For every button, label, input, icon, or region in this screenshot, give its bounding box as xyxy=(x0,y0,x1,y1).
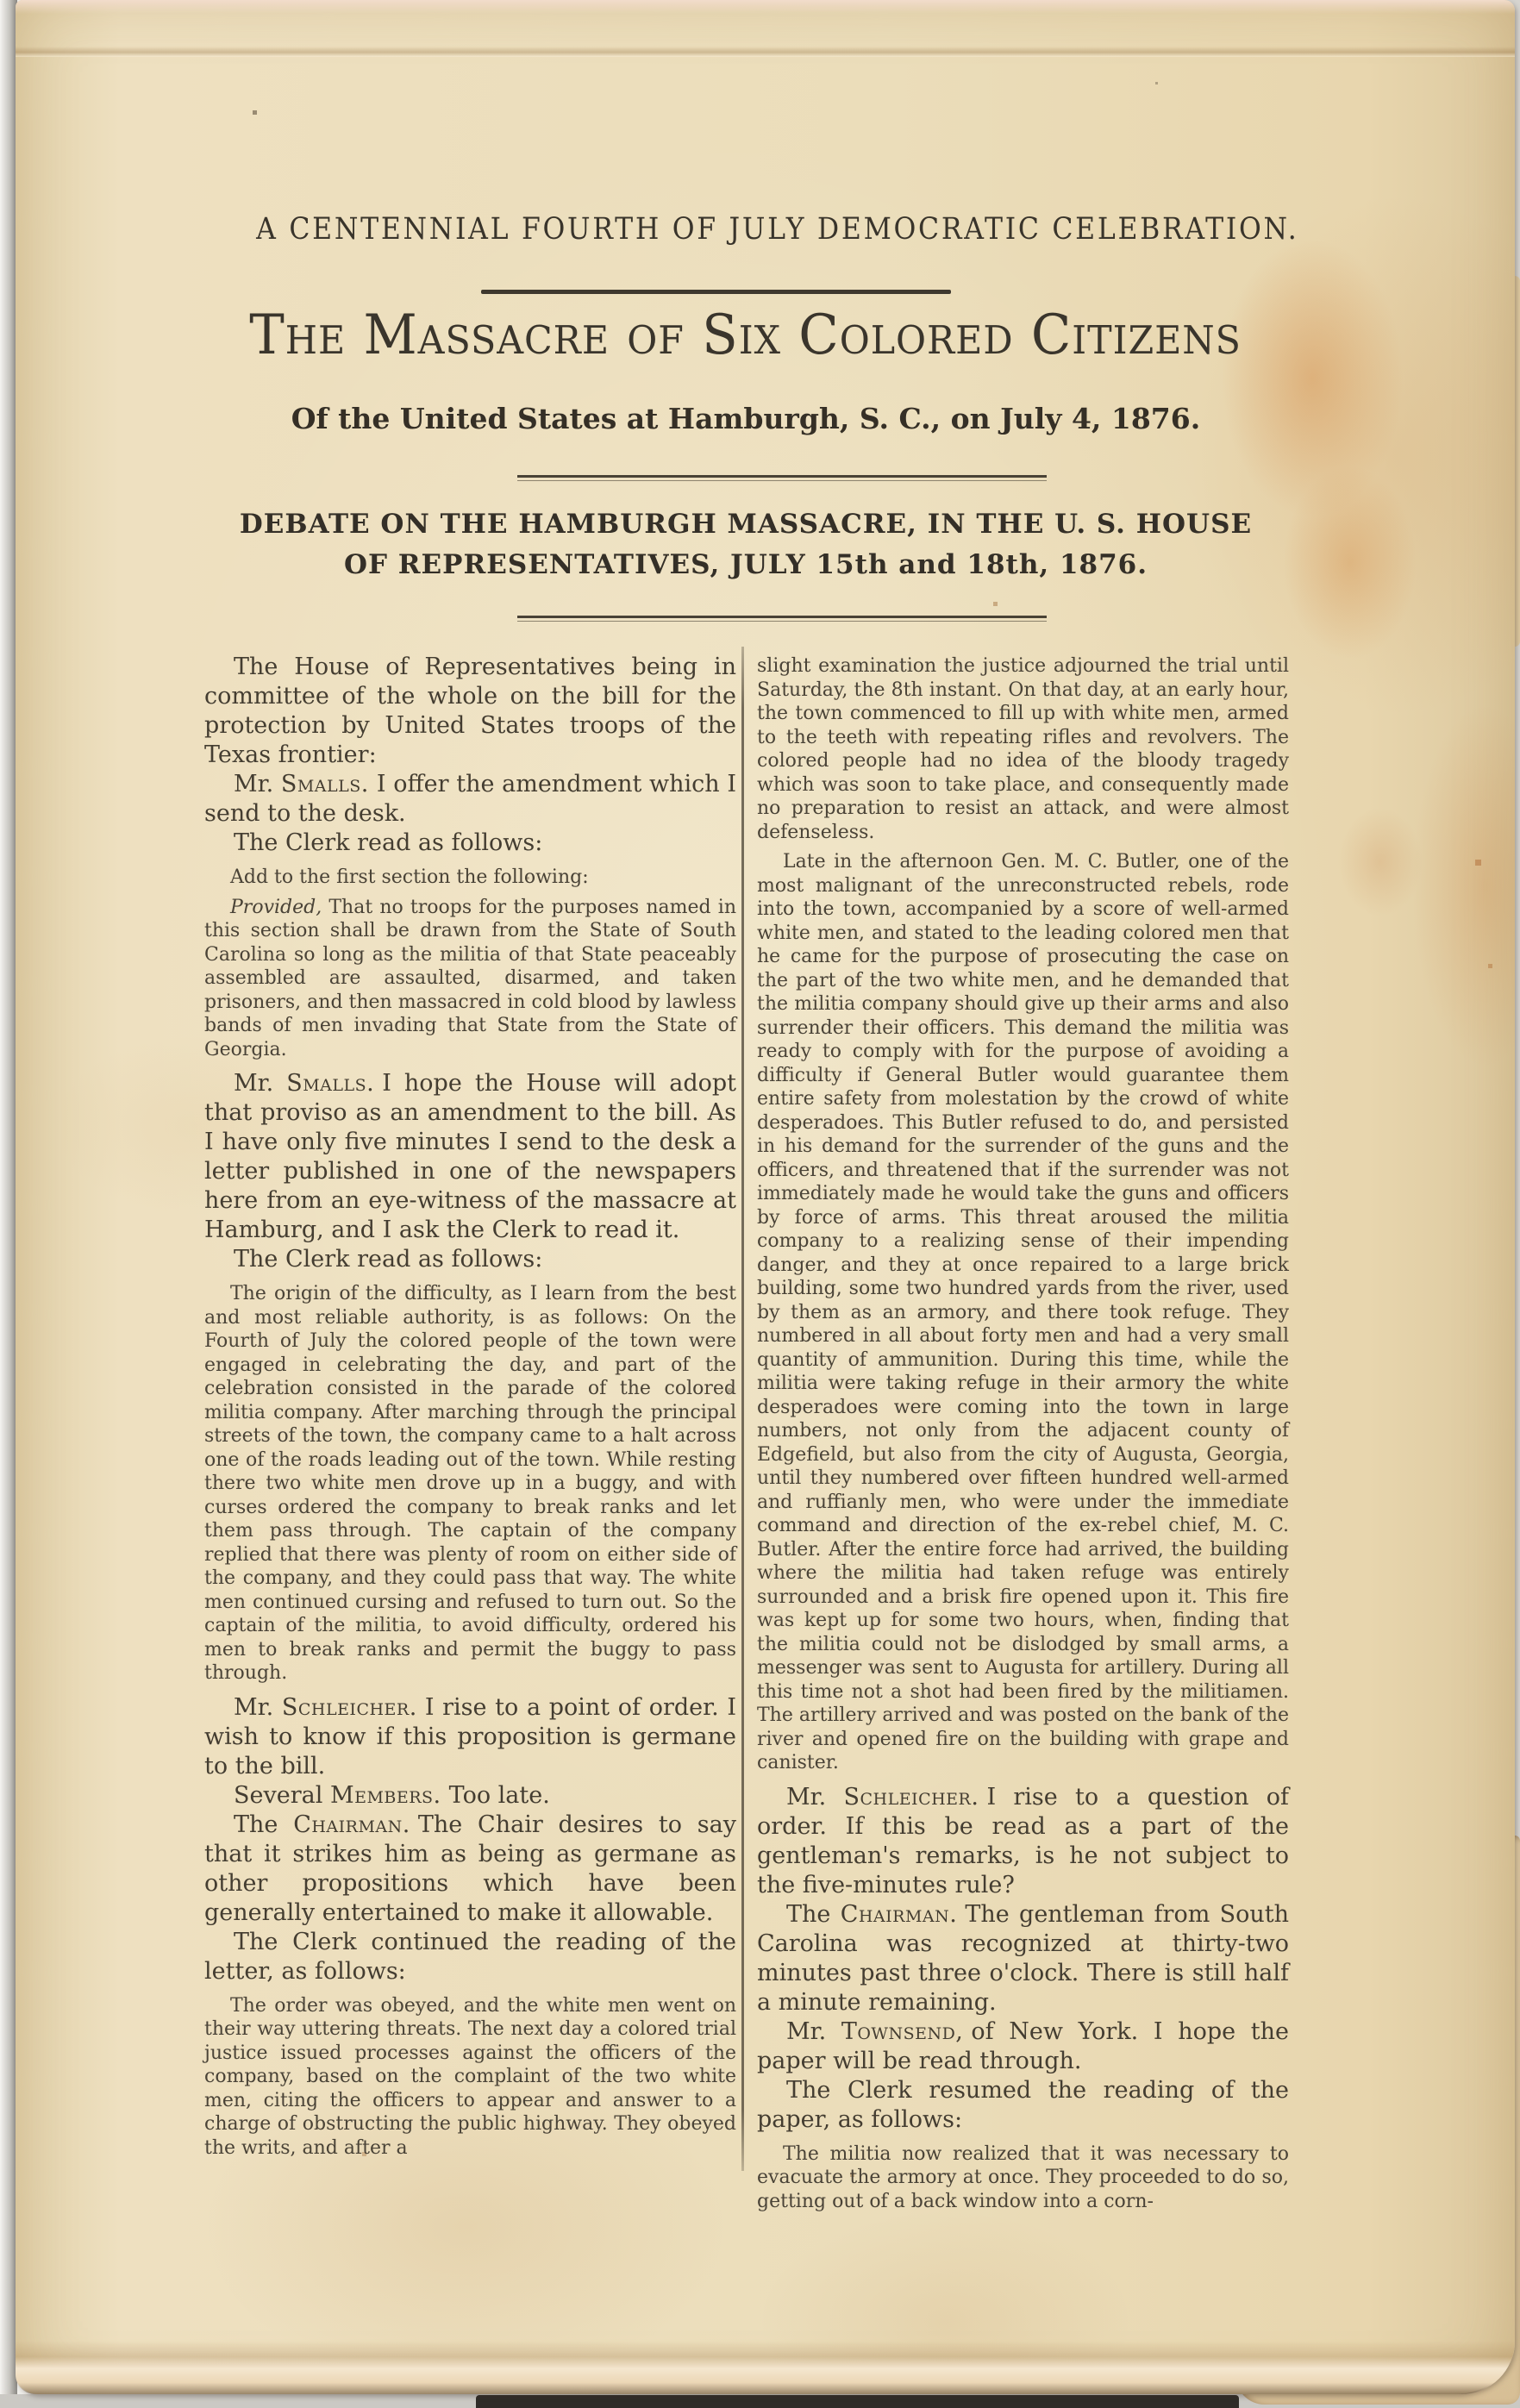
debate-heading: DEBATE ON THE HAMBURGH MASSACRE, IN THE … xyxy=(198,504,1293,585)
speaker-prefix: Several xyxy=(234,1782,330,1809)
quoted-paragraph: slight examination the justice adjourned… xyxy=(757,654,1289,844)
quoted-paragraph: The order was obeyed, and the white men … xyxy=(204,1994,736,2161)
speaker-name: Chairman. xyxy=(841,1901,958,1928)
speaker-name: Schleicher. xyxy=(843,1784,979,1811)
paragraph: Mr. Smalls.I hope the House will adopt t… xyxy=(204,1069,736,1245)
scanner-background-left xyxy=(0,0,17,2408)
paragraph: The Clerk read as follows: xyxy=(204,829,736,858)
paragraph: Mr. Smalls.I offer the amendment which I… xyxy=(204,770,736,829)
paragraph: Mr. Schleicher.I rise to a question of o… xyxy=(757,1783,1289,1900)
paragraph: The Clerk continued the reading of the l… xyxy=(204,1928,736,1986)
paragraph: The Clerk read as follows: xyxy=(204,1245,736,1274)
speaker-name: Members. xyxy=(330,1782,441,1809)
kicker-text: A CENTENNIAL FOURTH OF JULY DEMOCRATIC C… xyxy=(256,212,1298,247)
kicker-heading: A CENTENNIAL FOURTH OF JULY DEMOCRATIC C… xyxy=(198,212,1293,247)
page-title: The Massacre of Six Colored Citizens xyxy=(198,303,1293,367)
short-rule xyxy=(481,290,951,294)
debate-heading-line1: DEBATE ON THE HAMBURGH MASSACRE, IN THE … xyxy=(198,504,1293,545)
speaker-prefix: Mr. xyxy=(786,2018,841,2045)
speaker-prefix: Mr. xyxy=(786,1784,843,1811)
right-column: slight examination the justice adjourned… xyxy=(757,653,1289,2221)
quoted-paragraph: Add to the first section the following: xyxy=(204,866,736,890)
paragraph: Mr. Townsend,of New York. I hope the pap… xyxy=(757,2017,1289,2076)
left-column: The House of Representatives being in co… xyxy=(204,653,736,2221)
paragraph: The Chairman.The Chair desires to say th… xyxy=(204,1811,736,1928)
paragraph: Mr. Schleicher.I rise to a point of orde… xyxy=(204,1693,736,1781)
scanner-dark-edge xyxy=(476,2395,1239,2408)
quoted-text: That no troops for the purposes named in… xyxy=(204,897,736,1060)
paragraph: The House of Representatives being in co… xyxy=(204,653,736,770)
quoted-paragraph: The militia now realized that it was nec… xyxy=(757,2142,1289,2214)
speaker-prefix: Mr. xyxy=(234,1070,286,1097)
page-title-text: The Massacre of Six Colored Citizens xyxy=(250,303,1242,367)
speaker-name: Townsend, xyxy=(841,2018,964,2045)
debate-heading-line2: OF REPRESENTATIVES, JULY 15th and 18th, … xyxy=(198,545,1293,585)
paper-speck xyxy=(0,0,1,1)
italic-lead: Provided, xyxy=(230,897,322,918)
double-rule-bottom xyxy=(517,616,1047,622)
speaker-name: Smalls. xyxy=(281,771,369,797)
text-columns: The House of Representatives being in co… xyxy=(204,653,1289,2221)
quoted-paragraph: Late in the afternoon Gen. M. C. Butler,… xyxy=(757,850,1289,1775)
paragraph: The Chairman.The gentleman from South Ca… xyxy=(757,1900,1289,2017)
speaker-prefix: The xyxy=(234,1811,293,1838)
speaker-prefix: Mr. xyxy=(234,1694,282,1721)
paper-top-edge xyxy=(16,0,1515,14)
quoted-paragraph: The origin of the difficulty, as I learn… xyxy=(204,1282,736,1686)
speaker-name: Smalls. xyxy=(286,1070,374,1097)
paper-bottom-curl xyxy=(16,2341,1515,2394)
speaker-name: Chairman. xyxy=(293,1811,410,1838)
speaker-name: Schleicher. xyxy=(282,1694,417,1721)
paragraph: The Clerk resumed the reading of the pap… xyxy=(757,2076,1289,2135)
paper-crease xyxy=(16,47,1515,57)
speaker-prefix: Mr. xyxy=(234,771,281,797)
scanned-document-page: { "colors": { "paper": "#e9dcbd", "ink":… xyxy=(0,0,1520,2408)
speaker-prefix: The xyxy=(786,1901,841,1928)
quoted-paragraph: Provided, That no troops for the purpose… xyxy=(204,896,736,1062)
page-subtitle: Of the United States at Hamburgh, S. C.,… xyxy=(198,402,1293,435)
double-rule-top xyxy=(517,475,1047,481)
paragraph: Several Members.Too late. xyxy=(204,1781,736,1811)
speech-text: Too late. xyxy=(449,1782,550,1809)
